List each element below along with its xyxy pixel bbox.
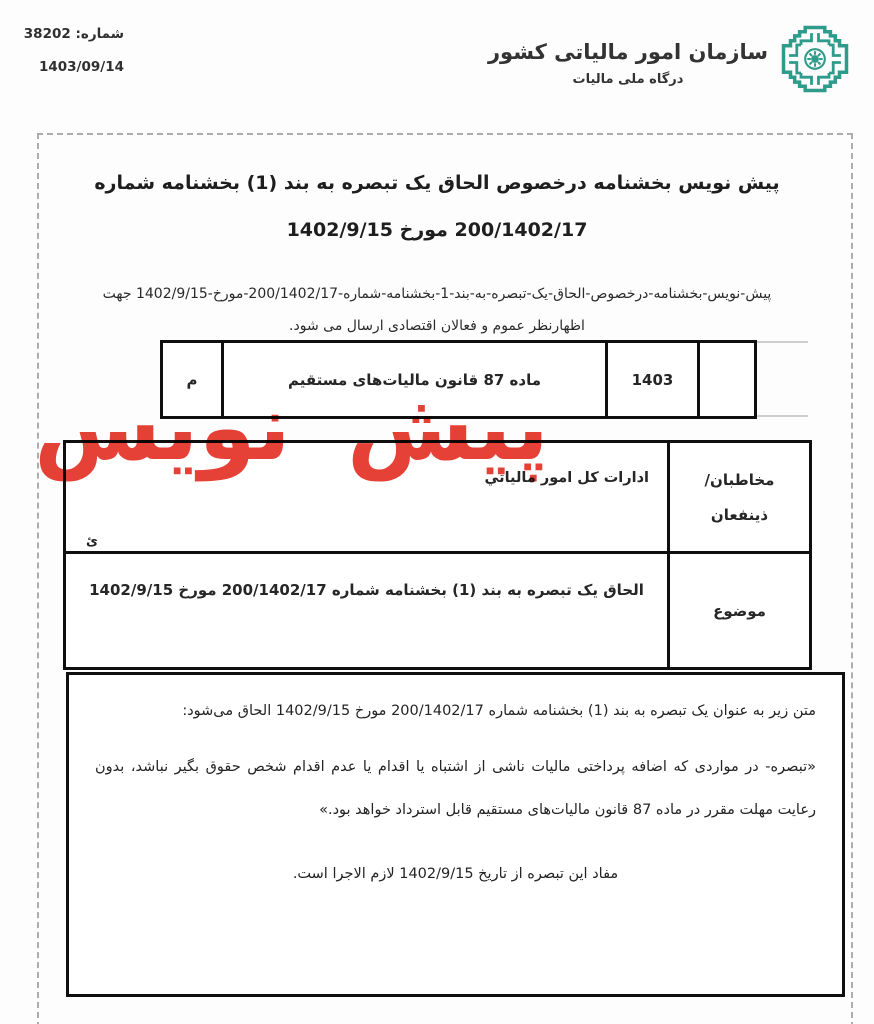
subject-label-cell: موضوع (667, 554, 809, 667)
organization-name: سازمان امور مالیاتی کشور (488, 40, 768, 64)
audience-label-cell: مخاطبان/ ذینفعان (667, 443, 809, 551)
audience-label-line2: ذینفعان (670, 498, 809, 533)
body-paragraph-3: مفاد این تبصره از تاریخ 1402/9/15 لازم ا… (95, 853, 816, 897)
body-paragraph-1: متن زیر به عنوان یک تبصره به بند (1) بخش… (95, 690, 816, 734)
document-date: 1403/09/14 (38, 59, 124, 75)
organization-tagline: درگاه ملی مالیات (488, 72, 768, 87)
document-meta-block: شماره: 38202 1403/09/14 (38, 26, 124, 92)
document-number: شماره: 38202 (38, 26, 124, 42)
table-extension-line-bottom (757, 415, 808, 417)
organization-header: سازمان امور مالیاتی کشور درگاه ملی مالیا… (488, 24, 852, 94)
audience-label-line1: مخاطبان/ (670, 463, 809, 498)
classification-empty-cell (700, 343, 754, 416)
intro-paragraph: پیش-نویس-بخشنامه-درخصوص-الحاق-یک-تبصره-ب… (75, 278, 799, 342)
document-title-line2: 200/1402/17 مورخ 1402/9/15 (60, 207, 814, 254)
tax-organization-logo-icon (778, 24, 852, 94)
scanned-tax-circular-page: شماره: 38202 1403/09/14 سازمان امور مالی… (0, 0, 874, 1024)
stray-scan-mark: ئ (86, 534, 98, 549)
subject-label-text: موضوع (713, 602, 766, 620)
circular-body-box: متن زیر به عنوان یک تبصره به بند (1) بخش… (66, 672, 845, 997)
table-extension-line-top (757, 341, 808, 343)
subject-value-cell: الحاق یک تبصره به بند (1) بخشنامه شماره … (66, 554, 667, 667)
draft-watermark-stamp: پیش نویس (34, 368, 549, 488)
subject-row: موضوع الحاق یک تبصره به بند (1) بخشنامه … (66, 554, 809, 667)
document-title-line1: پیش نویس بخشنامه درخصوص الحاق یک تبصره ب… (60, 160, 814, 207)
body-paragraph-2: «تبصره- در مواردی که اضافه پرداختی مالیا… (95, 746, 816, 833)
classification-year-cell: 1403 (608, 343, 700, 416)
organization-text-block: سازمان امور مالیاتی کشور درگاه ملی مالیا… (488, 40, 768, 87)
document-title: پیش نویس بخشنامه درخصوص الحاق یک تبصره ب… (60, 160, 814, 253)
